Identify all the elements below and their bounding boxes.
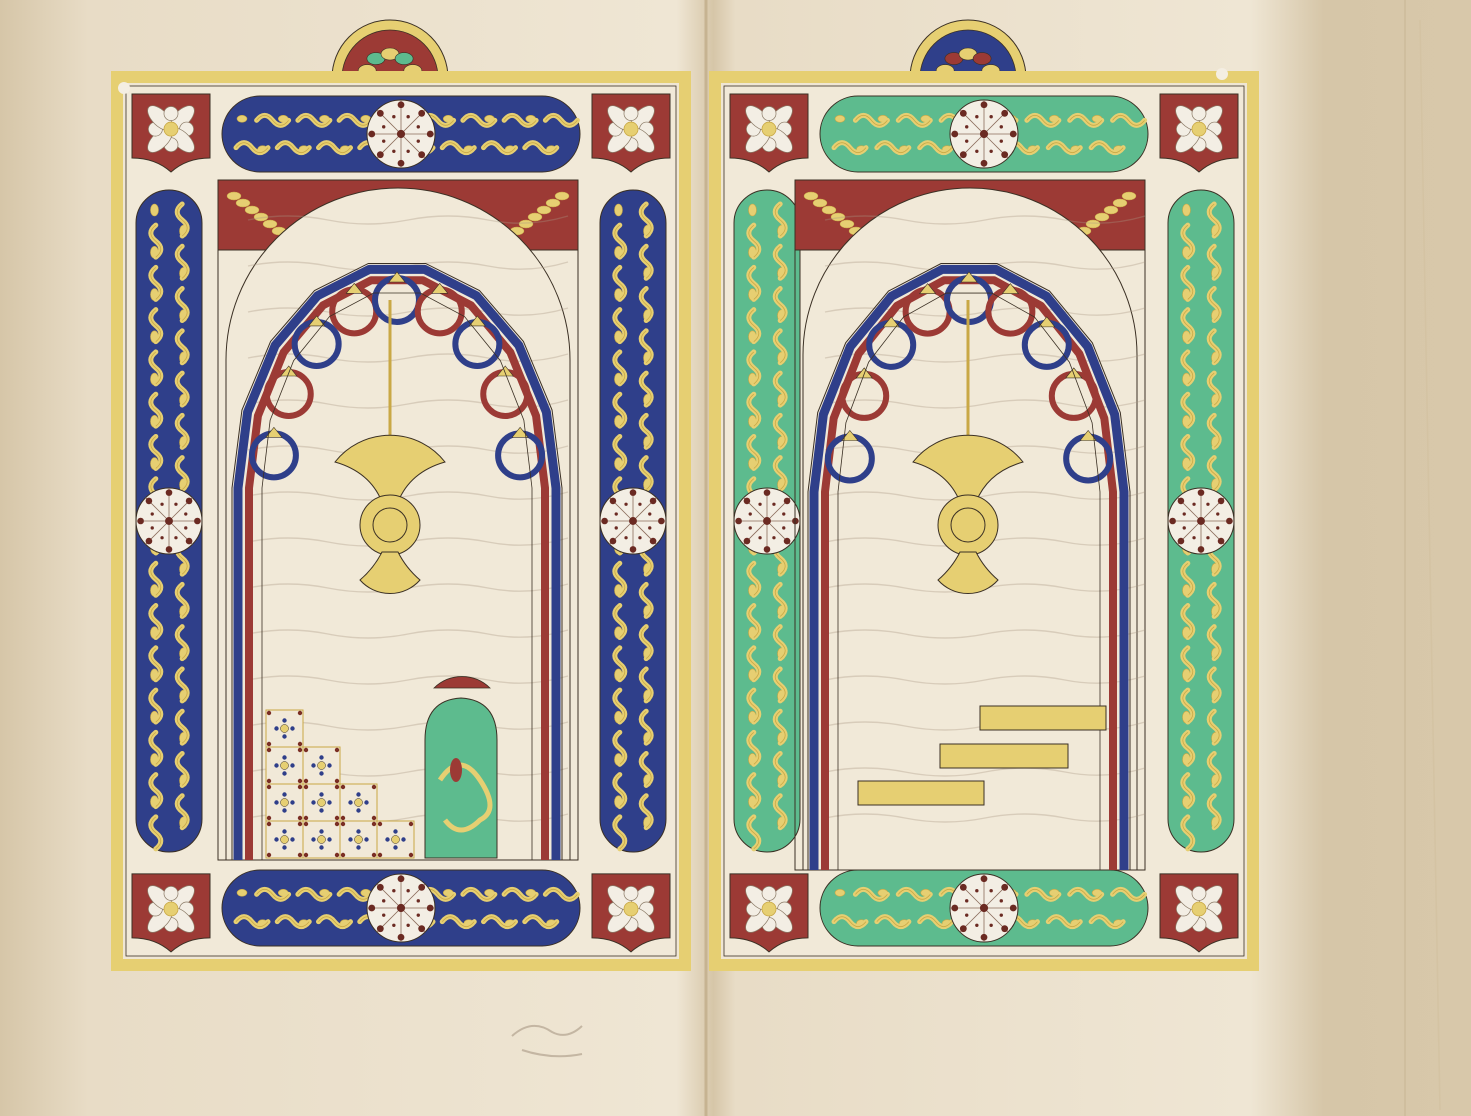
left-rosette (734, 488, 800, 554)
gold-text-bar (858, 781, 984, 805)
left-rosette (136, 488, 202, 554)
niche-body (425, 698, 497, 858)
right-rosette (600, 488, 666, 554)
manuscript-spread-photo (0, 0, 1471, 1116)
illuminated-manuscript-illustration (0, 0, 1471, 1116)
bottom-rosette (367, 874, 435, 942)
top-rosette (367, 100, 435, 168)
gold-text-bar (980, 706, 1106, 730)
binding-hole (1216, 68, 1228, 80)
bottom-rosette (950, 874, 1018, 942)
page-left (112, 20, 690, 970)
top-rosette (950, 100, 1018, 168)
page-right (710, 20, 1258, 970)
gold-text-bar (940, 744, 1068, 768)
binding-hole (118, 82, 130, 94)
right-rosette (1168, 488, 1234, 554)
